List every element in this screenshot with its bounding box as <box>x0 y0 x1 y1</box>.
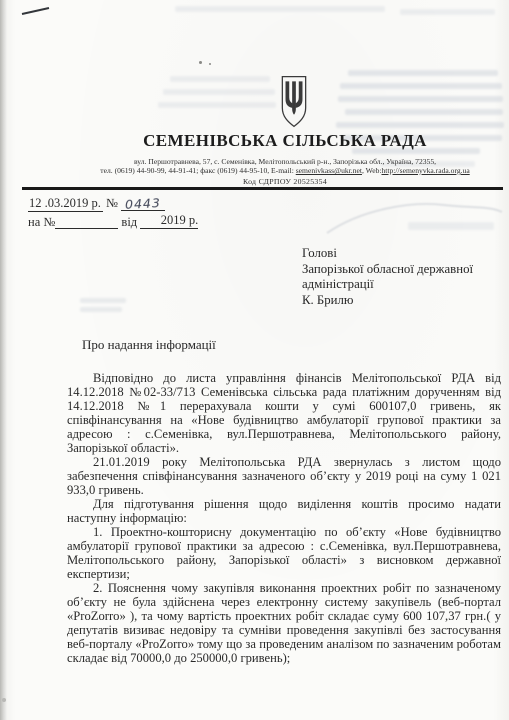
bleedthrough-name <box>408 222 494 230</box>
recipient-line: адміністрації <box>302 277 473 293</box>
date-number-line: 12 .03.2019 р. № 0443 <box>28 196 198 211</box>
bleedthrough-line <box>345 109 503 115</box>
faint-pencil-curve <box>322 193 507 241</box>
handwritten-number-field: 0443 <box>121 196 165 211</box>
scan-speck <box>209 63 211 65</box>
web-url-text: http://semenyvka.rada.org.ua <box>381 166 469 175</box>
organization-name: СЕМЕНІВСЬКА СІЛЬСЬКА РАДА <box>65 132 505 150</box>
bleedthrough-line <box>158 102 276 108</box>
bleedthrough-line <box>348 70 498 76</box>
letter-body: Відповідно до листа управління фінансів … <box>67 371 501 665</box>
edrpou-code: Код СДРПОУ 20525354 <box>65 177 505 186</box>
from-label: від <box>121 215 137 229</box>
bleedthrough-line <box>340 83 502 89</box>
reply-label: на № <box>28 215 55 229</box>
scanned-letter-page: СЕМЕНІВСЬКА СІЛЬСЬКА РАДА вул. Першотрав… <box>0 0 509 720</box>
letter-date: 12 .03.2019 р. <box>28 196 103 212</box>
contact-line: тел. (0619) 44-90-99, 44-91-41; факс (06… <box>65 166 505 175</box>
bleedthrough-line <box>400 9 495 15</box>
recipient-line: К. Брилю <box>302 293 473 309</box>
letterhead: СЕМЕНІВСЬКА СІЛЬСЬКА РАДА вул. Першотрав… <box>65 132 505 186</box>
handwritten-number: 0443 <box>125 196 161 212</box>
address-line: вул. Першотравнева, 57, с. Семенівка, Ме… <box>65 157 505 166</box>
faint-stamp-line <box>80 307 122 312</box>
scan-edge-shadow <box>0 0 7 720</box>
bleedthrough-line <box>336 122 504 128</box>
reply-reference-line: на № від 2019 р. <box>28 213 198 229</box>
faint-stamp-line <box>80 298 126 303</box>
body-paragraph: Для підготування рішення щодо виділення … <box>67 497 501 525</box>
recipient-line: Голові <box>302 246 473 262</box>
recipient-line: Запорізької обласної державної <box>302 262 473 278</box>
scan-speck <box>199 61 202 64</box>
ukraine-trident-emblem-icon <box>278 75 310 128</box>
number-sign: № <box>106 196 118 210</box>
reference-block: 12 .03.2019 р. № 0443 на № від 2019 р. <box>28 196 198 229</box>
email-text: semenivkass@ukr.net <box>296 166 362 175</box>
body-paragraph: Відповідно до листа управління фінансів … <box>67 371 501 455</box>
bleedthrough-line <box>175 6 385 12</box>
bleedthrough-line <box>338 96 503 102</box>
bleedthrough-line <box>163 89 275 95</box>
reply-number-blank <box>55 217 118 229</box>
body-paragraph: 2. Пояснення чому закупівля виконання пр… <box>67 581 501 665</box>
reply-year: 2019 р. <box>140 213 198 229</box>
scan-speck <box>2 698 6 702</box>
body-paragraph: 1. Проектно-кошторисну документацію по о… <box>67 525 501 581</box>
pen-mark <box>20 3 52 17</box>
letterhead-divider <box>22 187 503 190</box>
letterhead-address: вул. Першотравнева, 57, с. Семенівка, Ме… <box>65 157 505 186</box>
body-paragraph: 21.01.2019 року Мелітопольська РДА зверн… <box>67 455 501 497</box>
recipient-block: Голові Запорізької обласної державної ад… <box>302 246 473 308</box>
bleedthrough-line <box>170 76 270 82</box>
subject-line: Про надання інформації <box>82 337 216 353</box>
